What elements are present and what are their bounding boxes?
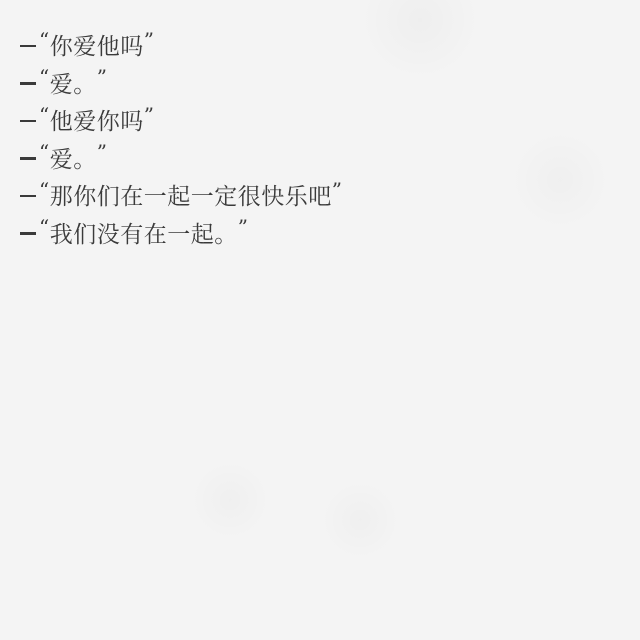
line-text: 爱。 <box>50 66 97 99</box>
dialogue-line-5: “ 那你们在一起一定很快乐吧 ” <box>20 176 342 214</box>
dash-mark <box>20 195 36 198</box>
dialogue-line-2: “ 爱。 ” <box>20 64 342 102</box>
dash-mark <box>20 82 36 85</box>
close-quote: ” <box>144 103 155 127</box>
line-text: 你爱他吗 <box>50 28 144 61</box>
dialogue-text: “ 你爱他吗 ” “ 爱。 ” “ 他爱你吗 ” “ 爱。 ” “ 那你们在一起… <box>20 26 342 251</box>
line-text: 他爱你吗 <box>50 103 144 136</box>
open-quote: “ <box>39 215 50 239</box>
close-quote: ” <box>144 28 155 52</box>
dash-mark <box>20 120 36 123</box>
open-quote: “ <box>39 178 50 202</box>
open-quote: “ <box>39 28 50 52</box>
open-quote: “ <box>39 103 50 127</box>
line-text: 我们没有在一起。 <box>50 216 238 249</box>
open-quote: “ <box>39 65 50 89</box>
dash-mark <box>20 232 36 235</box>
dash-mark <box>20 45 36 48</box>
dialogue-line-6: “ 我们没有在一起。 ” <box>20 214 342 252</box>
close-quote: ” <box>332 178 343 202</box>
line-text: 爱。 <box>50 141 97 174</box>
close-quote: ” <box>97 65 108 89</box>
line-text: 那你们在一起一定很快乐吧 <box>50 178 332 211</box>
open-quote: “ <box>39 140 50 164</box>
dialogue-line-3: “ 他爱你吗 ” <box>20 101 342 139</box>
dialogue-line-1: “ 你爱他吗 ” <box>20 26 342 64</box>
dialogue-line-4: “ 爱。 ” <box>20 139 342 177</box>
close-quote: ” <box>97 140 108 164</box>
dash-mark <box>20 157 36 160</box>
close-quote: ” <box>238 215 249 239</box>
